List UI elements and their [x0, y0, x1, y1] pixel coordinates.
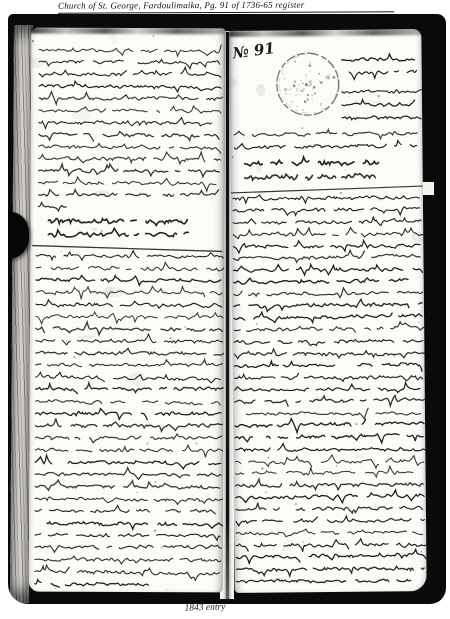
scanned-register-photo: Church of St. George, Fardoulimaika, Pg.… — [0, 0, 450, 619]
gutter-shadow-line — [226, 32, 229, 602]
left-page — [29, 28, 225, 593]
top-caption: Church of St. George, Fardoulimaika, Pg.… — [58, 0, 394, 14]
right-page-handwriting — [229, 29, 426, 593]
left-page-handwriting — [29, 28, 225, 593]
book-photo: № 91 — [8, 14, 446, 604]
right-page: № 91 — [229, 29, 426, 593]
